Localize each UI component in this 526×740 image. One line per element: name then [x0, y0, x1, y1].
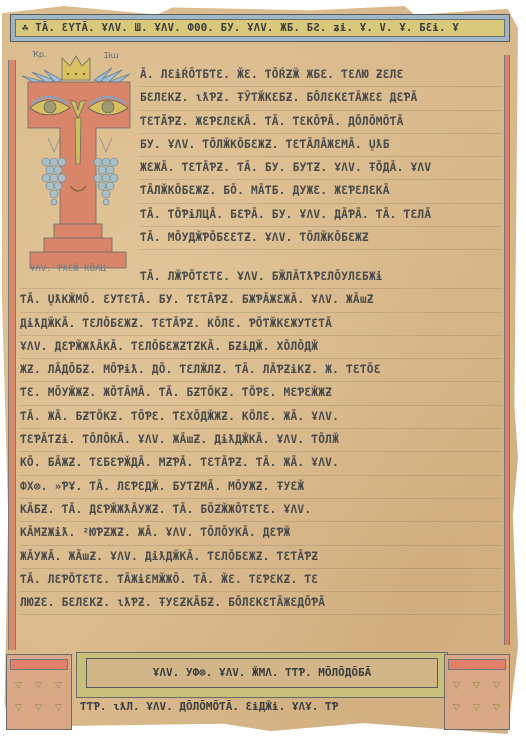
footer-right-panel: ▽ ▽ ▽ ▽ ▽ ▽: [444, 654, 510, 730]
title-line: ☘ TĀ. ƐYTĀ. ҰΛV. Ш. ҰΛV. ФΘΘ. ƂУ. ҰΛV. Ж…: [15, 19, 505, 37]
text-line: ƬĀ. ЛƐƤŌƬƐƬƐ. ƬĀЖɨƐМӁЖŌ. ƬĀ. ӁƐ. ƬƐƤƐКƵ.…: [20, 569, 502, 592]
right-border-rule: [504, 55, 510, 645]
illuminated-initial-figure: Ҡр. Ɪɨɯ: [18, 52, 136, 278]
text-full-width: ƬĀ. ЛӁƤŌƬƐƬƐ. ҰΛV. ƂӁЛĀƬƛƤƐЛŌУЛƐƂЖɨ ƬĀ. …: [20, 266, 502, 615]
footer-left-panel: ▽ ▽ ▽ ▽ ▽ ▽: [6, 654, 72, 730]
left-border-rule: [8, 60, 16, 650]
triangle-icon: ▽: [15, 681, 22, 691]
triangle-icon: ▽: [55, 703, 62, 713]
figure-label-left: Ҡр.: [32, 50, 46, 59]
triangle-icon: ▽: [493, 703, 500, 713]
text-beside-figure: Ā. ЛƐɨŔŌƬƂƬƐ. ӁƐ. ƬŌŔƵӁ ЖƂƐ. ƬƐɅЮ ƵƐЛƐ Ƃ…: [140, 64, 502, 250]
text-line: ƬĀЛӁКŌƂƐЖƵ. ƂŌ. МĀƬƂ. ДУЖƐ. ЖƐƤƐЛƐКĀ: [140, 180, 502, 203]
text-line: КĀМƵЖɨƛ. ²ЮƤƵЖƵ. ЖĀ. ҰΛV. ƬŌЛŌУКĀ. ДƐƤӁ: [20, 522, 502, 545]
text-line: КĀƂƵ. ƬĀ. ДƐƤӁЖƛĀУЖƵ. ƬĀ. ƂŌƵӁЖŌƬƐƬƐ. ҰΛ…: [20, 499, 502, 522]
t-face-illustration-icon: [18, 52, 136, 278]
text-line: ЖĀУЖĀ. ЖĀɯƵ. ҰΛV. ДɨƛДӁКĀ. ƬƐЛŌƂƐЖƵ. ƬƐƬ…: [20, 546, 502, 569]
triangle-icon: ▽: [473, 681, 480, 691]
triangle-icon: ▽: [493, 681, 500, 691]
footer-bottom-line: ƬƬƤ. ɩƛЛ. ҰΛV. ДŌЛŌМŌƬĀ. ƐɨДӁɨ. ҰΛҰ. ƬƤ: [80, 700, 450, 713]
triangle-icon: ▽: [55, 681, 62, 691]
title-band: ☘ TĀ. ƐYTĀ. ҰΛV. Ш. ҰΛV. ФΘΘ. ƂУ. ҰΛV. Ж…: [10, 14, 510, 42]
figure-label-right: Ɪɨɯ: [104, 50, 118, 61]
text-line: КŌ. ƂĀЖƵ. ƬƐƂƐƤӁДĀ. МƵƤĀ. ƬƐƬĀƤƵ. ƬĀ. ЖĀ…: [20, 452, 502, 475]
text-line: ƬĀ. ЛӁƤŌƬƐƬƐ. ҰΛV. ƂӁЛĀƬƛƤƐЛŌУЛƐƂЖɨ: [20, 266, 502, 289]
text-line: ƬƐ. МŌУӁЖƵ. ЖŌƬĀМĀ. ƬĀ. ƂƵƬŌКƵ. ƬŌƤƐ. МƐ…: [20, 382, 502, 405]
footer-ornament: ▽ ▽ ▽ ▽ ▽ ▽ ҰΛV. УФ⊗. ҰΛV. ӁМΛ. ƬƬƤ. МŌЛ…: [6, 652, 516, 730]
text-line: ƬĀ. ŲƛКӁМŌ. ƐУƬƐƬĀ. ƂУ. ƬƐƬĀƤƵ. ƂЖƤĀЖƐЖĀ…: [20, 289, 502, 312]
text-line: ЖƐЖĀ. ƬƐƬĀƤƵ. ƬĀ. ƂУ. ƂУƬƵ. ҰΛV. ŦŌДĀ. Ұ…: [140, 157, 502, 180]
triangle-icon: ▽: [453, 681, 460, 691]
text-line: ЛЮƵƐ. ƂƐЛƐКƵ. ɩƛƤƵ. ŦУƐƵКĀƂƵ. ƂŌЛƐКƐƬĀЖƐ…: [20, 592, 502, 615]
text-line: ƬƐƤĀƬƵɨ. ƬŌЛŌКĀ. ҰΛV. ЖĀɯƵ. ДɨƛДӁКĀ. ҰΛV…: [20, 429, 502, 452]
text-line: ƬĀ. ƬŌƤɨЛЦĀ. ƂƐƤĀ. ƂУ. ҰΛV. ДĀƤĀ. ƬĀ. ƬƐ…: [140, 204, 502, 227]
triangle-icon: ▽: [15, 703, 22, 713]
text-line: ҰΛV. ДƐƤӁЖƛĀКĀ. ƬƐЛŌƂƐЖƵƬƵКĀ. ƂƵɨДӁ. ХŌЛ…: [20, 336, 502, 359]
text-line: ƬĀ. ЖĀ. ƂƵƬŌКƵ. ƬŌƤƐ. ƬƐХŌДӁЖƵ. КŌЛƐ. ЖĀ…: [20, 406, 502, 429]
footer-box-line: ҰΛV. УФ⊗. ҰΛV. ӁМΛ. ƬƬƤ. МŌЛŌДŌƂĀ: [86, 658, 438, 688]
text-line: ƂƐЛƐКƵ. ɩƛƤƵ. ŦӮƬӁКƐƂƵ. ƂŌЛƐКƐƬĀЖƐƐ ДƐƤĀ: [140, 87, 502, 110]
text-line: Ā. ЛƐɨŔŌƬƂƬƐ. ӁƐ. ƬŌŔƵӁ ЖƂƐ. ƬƐɅЮ ƵƐЛƐ: [140, 64, 502, 87]
triangle-icon: ▽: [35, 681, 42, 691]
triangle-icon: ▽: [473, 703, 480, 713]
text-line: ƬƐƬĀƤƵ. ЖƐƤƐЛƐКĀ. ƬĀ. ƬƐКŌƤĀ. ДŌЛŌМŌƬĀ: [140, 111, 502, 134]
text-line: ƂУ. ҰΛV. ƬŌЛӁКŌƂƐЖƵ. ƬƐƬĀЛĀЖƐМĀ. ŲƛƂ: [140, 134, 502, 157]
triangle-icon: ▽: [453, 703, 460, 713]
text-line: ДɨƛДӁКĀ. ƬƐЛŌƂƐЖƵ. ƬƐƬĀƤƵ. КŌЛƐ. ƤŌƬӁКƐЖ…: [20, 313, 502, 336]
triangle-icon: ▽: [35, 703, 42, 713]
text-line: ЖƵ. ЛĀДŌƂƵ. МŌƤɨƛ. ДŌ. ƬƐЛӁЛƵ. ƬĀ. ЛĀƤƵɨ…: [20, 359, 502, 382]
text-line: ƬĀ. МŌУДӁƤŌƂƐƐƬƵ. ҰΛV. ƬŌЛӁКŌƂƐЖƵ: [140, 227, 502, 250]
text-line: ФХ⊗. »ƤҰ. ƬĀ. ЛƐƤƐДӁ. ƂУƬƵМĀ. МŌУЖƵ. ŦУƐ…: [20, 476, 502, 499]
